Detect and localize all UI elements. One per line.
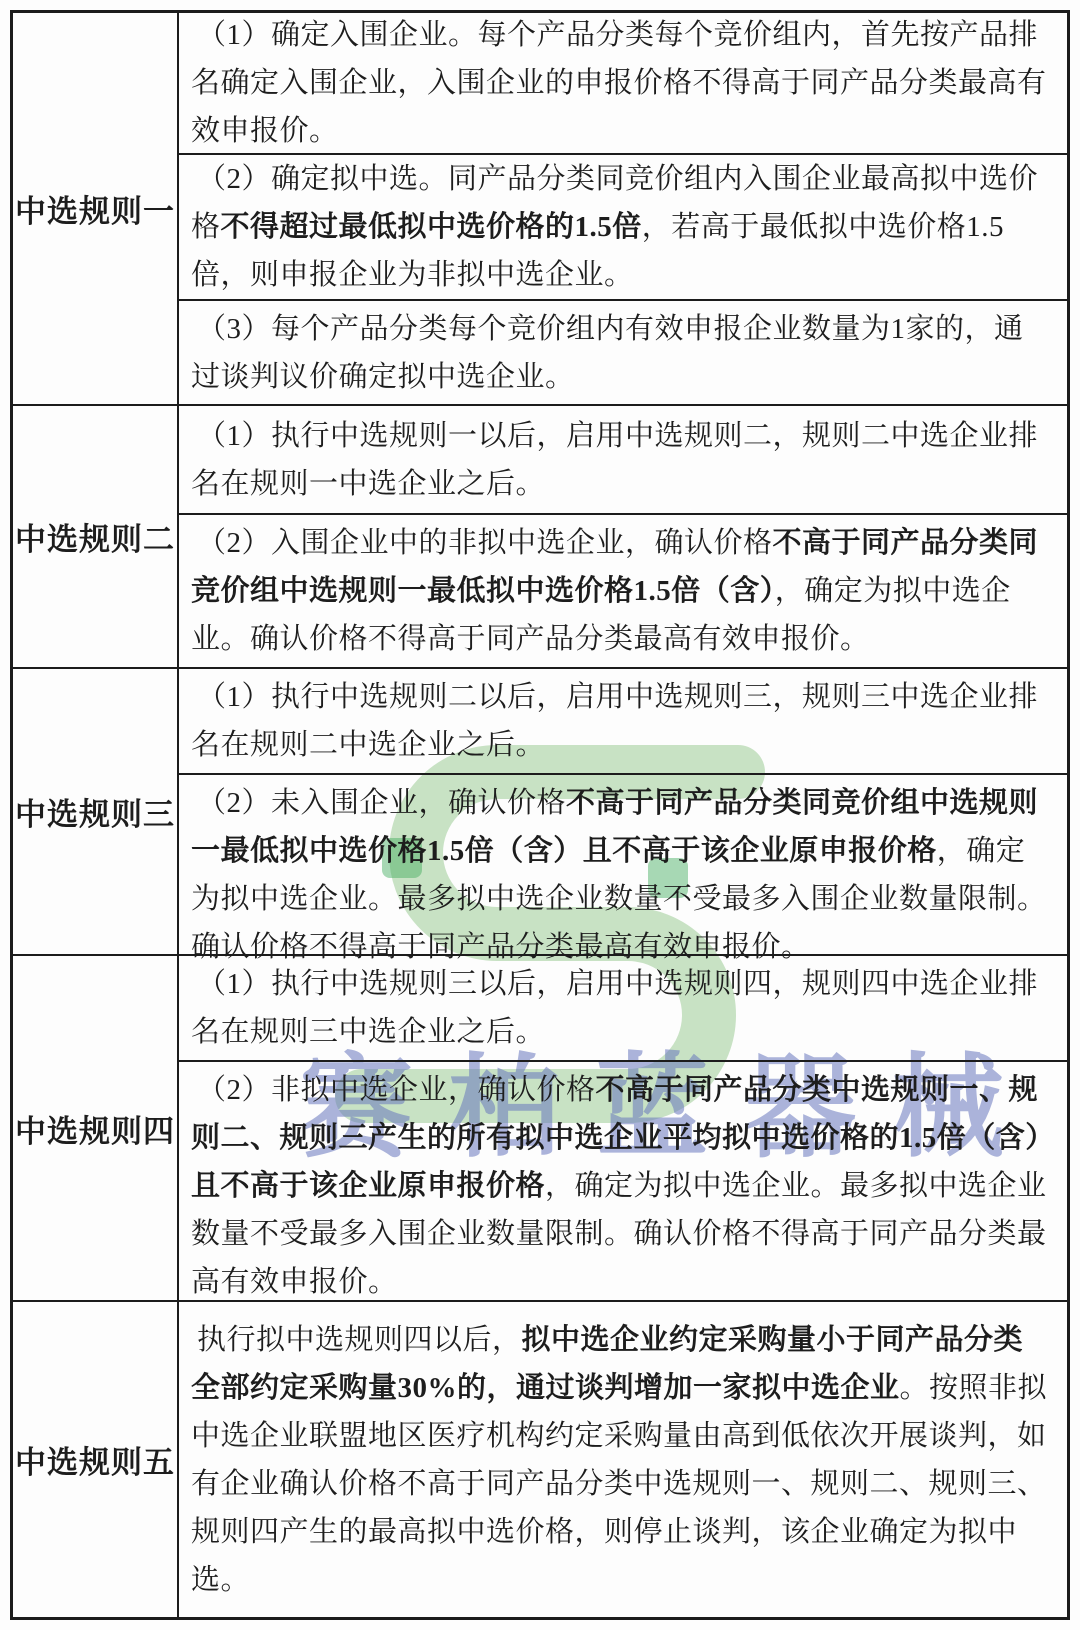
rule-cell: （2）入围企业中的非拟中选企业，确认价格不高于同产品分类同竞价组中选规则一最低拟… — [179, 513, 1067, 667]
rule-label-cell: 中选规则五 — [13, 1302, 179, 1617]
rule-row-3: 中选规则三 （1）执行中选规则二以后，启用中选规则三，规则三中选企业排名在规则二… — [13, 667, 1067, 954]
rule-text: （1）执行中选规则二以后，启用中选规则三，规则三中选企业排名在规则二中选企业之后… — [191, 673, 1051, 769]
rule-label-cell: 中选规则二 — [13, 406, 179, 667]
rule-label-cell: 中选规则一 — [13, 13, 179, 404]
rule-cell: （1）执行中选规则一以后，启用中选规则二，规则二中选企业排名在规则一中选企业之后… — [179, 406, 1067, 513]
rule-cell: （1）确定入围企业。每个产品分类每个竞价组内，首先按产品排名确定入围企业，入围企… — [179, 13, 1067, 153]
rule-text: 执行拟中选规则四以后，拟中选企业约定采购量小于同产品分类全部约定采购量30%的，… — [191, 1316, 1051, 1604]
rule-text: （1）执行中选规则一以后，启用中选规则二，规则二中选企业排名在规则一中选企业之后… — [191, 412, 1051, 508]
rule-row-4: 中选规则四 （1）执行中选规则三以后，启用中选规则四，规则四中选企业排名在规则三… — [13, 954, 1067, 1300]
rule-text: （1）执行中选规则三以后，启用中选规则四，规则四中选企业排名在规则三中选企业之后… — [191, 960, 1051, 1056]
rule-text: （2）入围企业中的非拟中选企业，确认价格不高于同产品分类同竞价组中选规则一最低拟… — [191, 519, 1051, 663]
rule-row-1: 中选规则一 （1）确定入围企业。每个产品分类每个竞价组内，首先按产品排名确定入围… — [13, 13, 1067, 404]
rule-text: （1）确定入围企业。每个产品分类每个竞价组内，首先按产品排名确定入围企业，入围企… — [191, 11, 1051, 155]
rule-label-cell: 中选规则三 — [13, 669, 179, 954]
rule-text: （2）未入围企业，确认价格不高于同产品分类同竞价组中选规则一最低拟中选价格1.5… — [191, 779, 1051, 971]
rule-row-2: 中选规则二 （1）执行中选规则一以后，启用中选规则二，规则二中选企业排名在规则一… — [13, 404, 1067, 667]
rule-cell: （2）非拟中选企业，确认价格不高于同产品分类中选规则一、规则二、规则三产生的所有… — [179, 1060, 1067, 1310]
rule-cell: （3）每个产品分类每个竞价组内有效申报企业数量为1家的，通过谈判议价确定拟中选企… — [179, 299, 1067, 405]
rule-text: （2）非拟中选企业，确认价格不高于同产品分类中选规则一、规则二、规则三产生的所有… — [191, 1066, 1051, 1306]
rule-cell: 执行拟中选规则四以后，拟中选企业约定采购量小于同产品分类全部约定采购量30%的，… — [179, 1302, 1067, 1617]
rule-label-cell: 中选规则四 — [13, 956, 179, 1300]
selection-rules-table: 中选规则一 （1）确定入围企业。每个产品分类每个竞价组内，首先按产品排名确定入围… — [10, 10, 1070, 1620]
rule-text: （3）每个产品分类每个竞价组内有效申报企业数量为1家的，通过谈判议价确定拟中选企… — [191, 305, 1051, 401]
rule-text: （2）确定拟中选。同产品分类同竞价组内入围企业最高拟中选价格不得超过最低拟中选价… — [191, 155, 1051, 299]
rule-cell: （1）执行中选规则二以后，启用中选规则三，规则三中选企业排名在规则二中选企业之后… — [179, 669, 1067, 773]
rule-cell: （2）未入围企业，确认价格不高于同产品分类同竞价组中选规则一最低拟中选价格1.5… — [179, 773, 1067, 975]
rule-cell: （1）执行中选规则三以后，启用中选规则四，规则四中选企业排名在规则三中选企业之后… — [179, 956, 1067, 1060]
rule-row-5: 中选规则五 执行拟中选规则四以后，拟中选企业约定采购量小于同产品分类全部约定采购… — [13, 1300, 1067, 1617]
rule-cell: （2）确定拟中选。同产品分类同竞价组内入围企业最高拟中选价格不得超过最低拟中选价… — [179, 153, 1067, 299]
